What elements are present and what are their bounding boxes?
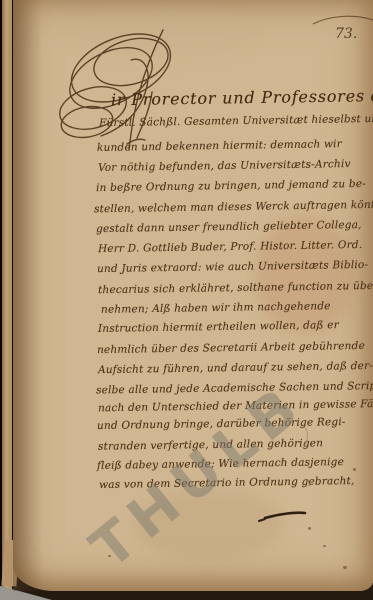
ink-dash-marks	[253, 420, 363, 530]
manuscript-line: stellen, welchem man dieses Werck auftra…	[94, 199, 373, 216]
manuscript-line: nehmen; Alß haben wir ihm nachgehende	[101, 300, 331, 316]
manuscript-line: Instruction hiermit ertheilen wollen, da…	[98, 319, 339, 335]
manuscript-page: 73. ir Prorector und Professores der Für…	[13, 0, 373, 591]
manuscript-line: thecarius sich erklähret, solthane funct…	[98, 280, 373, 296]
folio-number: 73.	[309, 8, 373, 44]
scan-left-border	[0, 0, 2, 600]
manuscript-line: nach den Unterschied der Materien in gew…	[98, 398, 373, 415]
page-number-text: 73.	[335, 26, 357, 42]
manuscript-line: gestalt dann unser freundlich geliebter …	[96, 219, 362, 235]
foxing-speck	[108, 555, 111, 557]
foxing-speck	[323, 545, 326, 547]
gutter-shadow	[13, 0, 43, 591]
paper-stain	[255, 215, 355, 335]
manuscript-line: kunden und bekennen hiermit: demnach wir	[97, 138, 342, 154]
manuscript-line: selbe alle und jede Academische Sachen u…	[96, 380, 373, 397]
manuscript-line: Herr D. Gottlieb Buder, Prof. Histor. Li…	[98, 239, 363, 255]
foxing-speck	[343, 566, 347, 569]
manuscript-line: Vor nöthig befunden, das Universitæts-Ar…	[98, 158, 351, 174]
manuscript-line: in beßre Ordnung zu bringen, und jemand …	[96, 178, 366, 194]
calligraphic-initial-flourish	[41, 16, 193, 158]
underlying-leaf-edge	[2, 0, 12, 600]
page-number-flourish	[313, 16, 373, 24]
manuscript-line: Aufsicht zu führen, und darauf zu sehen,…	[98, 360, 373, 376]
manuscript-line: ir Prorector und Professores der	[111, 86, 373, 110]
manuscript-line: und Juris extraord: wie auch Universitæt…	[97, 259, 368, 275]
manuscript-scan: 73. ir Prorector und Professores der Für…	[0, 0, 373, 600]
manuscript-line: nehmlich über des Secretarii Arbeit gebü…	[97, 340, 365, 356]
